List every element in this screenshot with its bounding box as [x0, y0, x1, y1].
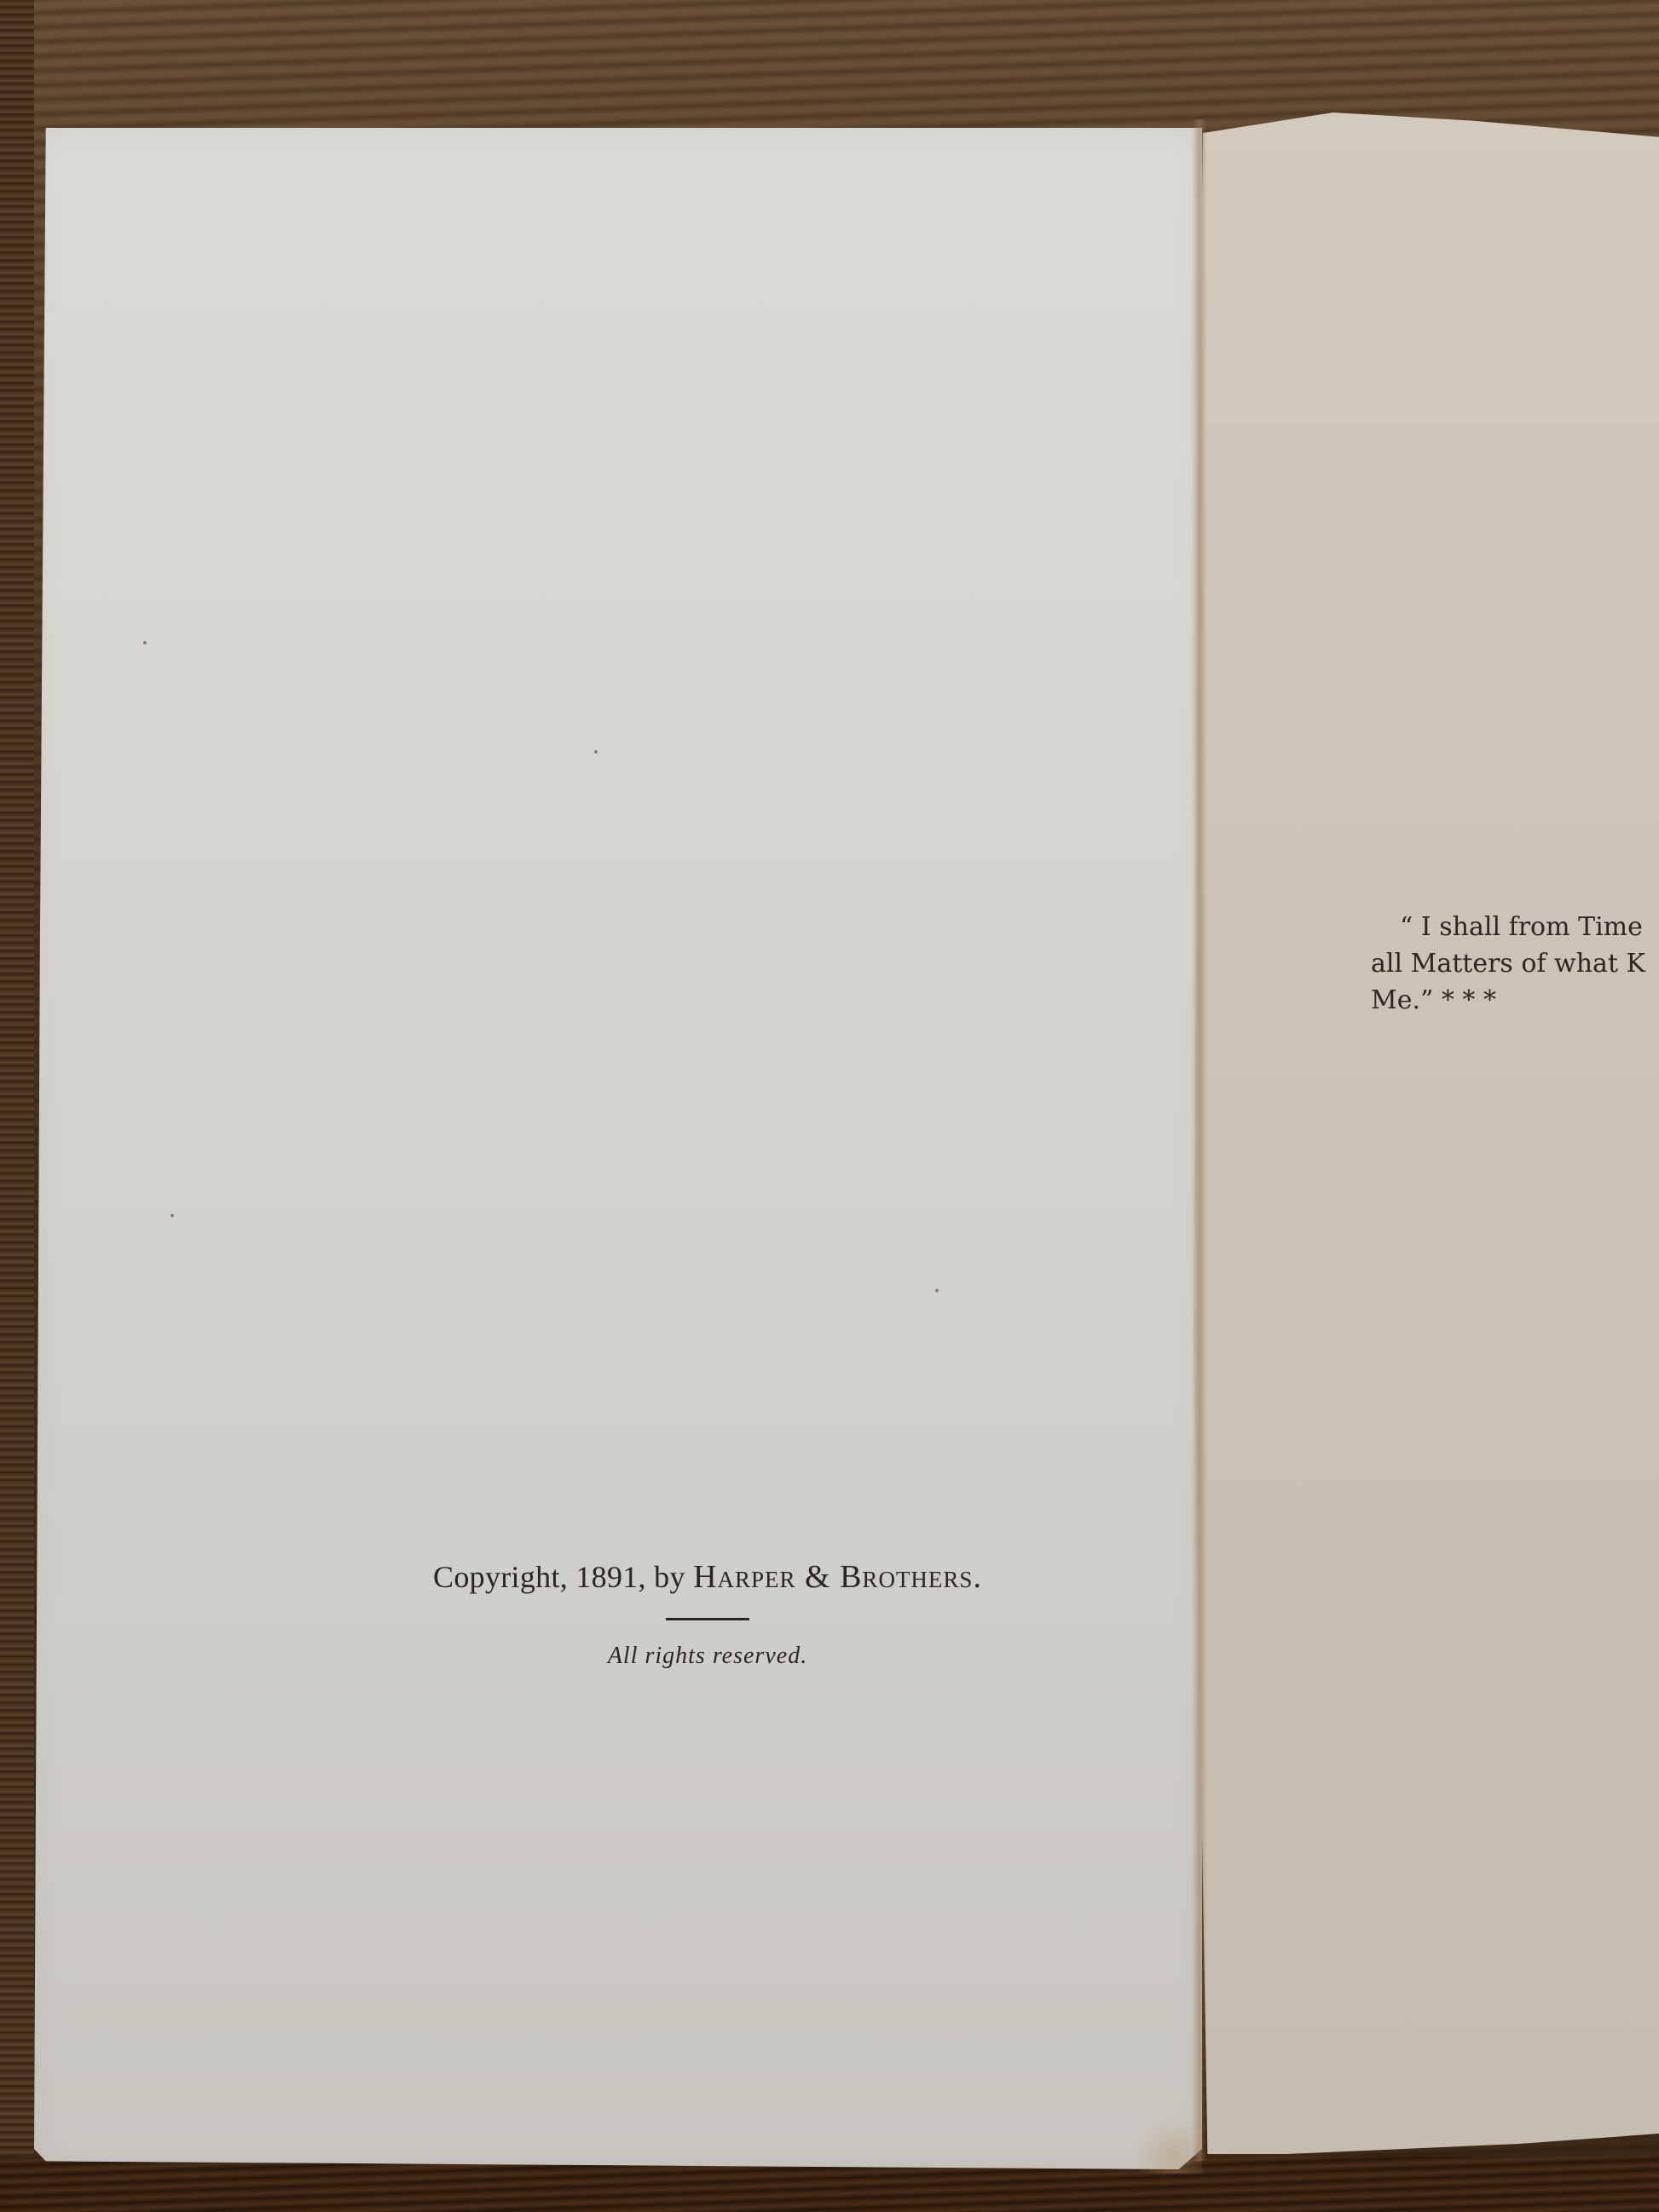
- copyright-text: Copyright, 1891, by: [433, 1560, 693, 1594]
- epigraph-line: Me.” * * *: [1371, 982, 1659, 1019]
- paper-speck: [143, 641, 147, 644]
- desk-surface-left: [0, 0, 34, 2212]
- publisher-name: Harper & Brothers.: [693, 1559, 982, 1595]
- deckle-edge: [1192, 119, 1207, 2161]
- paper-speck: [171, 1214, 174, 1217]
- paper-speck: [594, 750, 598, 754]
- divider-rule: [666, 1618, 749, 1620]
- epigraph-line: all Matters of what K: [1371, 945, 1659, 982]
- rights-reserved: All rights reserved.: [375, 1643, 1040, 1670]
- copyright-notice: Copyright, 1891, by Harper & Brothers.: [375, 1558, 1040, 1596]
- paper-speck: [935, 1289, 939, 1292]
- epigraph-page: [1194, 113, 1659, 2154]
- epigraph: “ I shall from Time all Matters of what …: [1371, 909, 1659, 1019]
- copyright-page: [34, 128, 1202, 2169]
- epigraph-line: “ I shall from Time: [1371, 909, 1659, 945]
- copyright-block: Copyright, 1891, by Harper & Brothers. A…: [375, 1558, 1040, 1670]
